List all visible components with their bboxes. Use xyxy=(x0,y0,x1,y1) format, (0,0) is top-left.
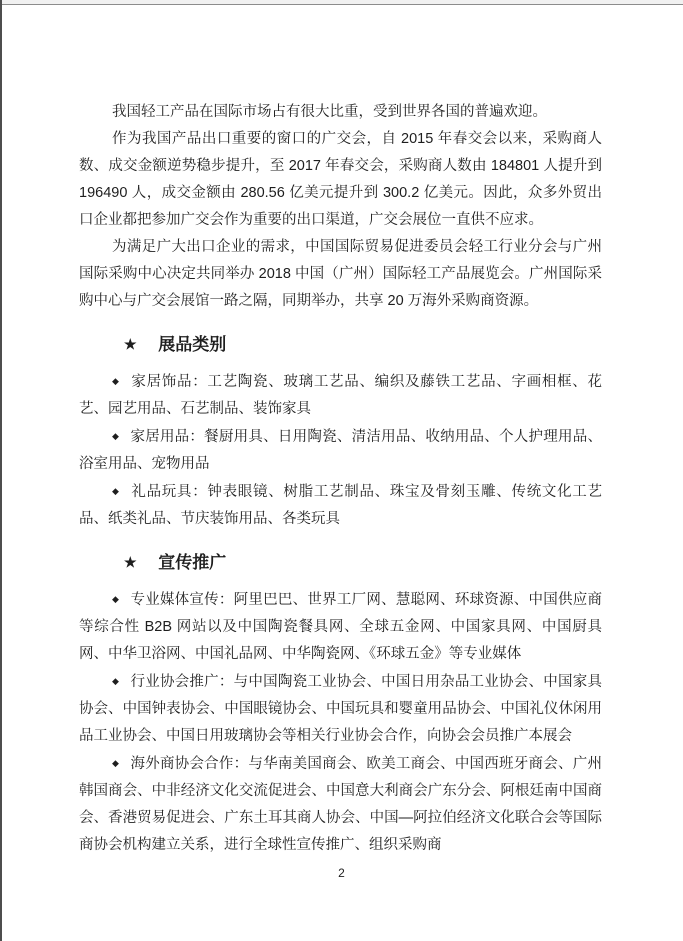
diamond-bullet-icon: ◆ xyxy=(112,758,119,768)
bullet-item-home-decorations-text: 家居饰品：工艺陶瓷、玻璃工艺品、编织及藤铁工艺品、字画相框、花艺、园艺用品、石艺… xyxy=(79,374,602,417)
bullet-item-household-goods-text: 家居用品：餐厨用具、日用陶瓷、清洁用品、收纳用品、个人护理用品、浴室用品、宠物用… xyxy=(79,429,602,472)
section-heading-promotion: ★ 宣传推广 xyxy=(79,550,602,576)
page-left-edge xyxy=(0,0,2,941)
bullet-item-industry-associations-text: 行业协会推广：与中国陶瓷工业协会、中国日用杂品工业协会、中国家具协会、中国钟表协… xyxy=(79,674,602,744)
section-heading-promotion-label: 宣传推广 xyxy=(158,553,226,572)
page-top-edge xyxy=(0,0,683,5)
diamond-bullet-icon: ◆ xyxy=(112,676,119,686)
diamond-bullet-icon: ◆ xyxy=(112,376,120,386)
diamond-bullet-icon: ◆ xyxy=(112,594,119,604)
bullet-item-overseas-chambers-text: 海外商协会合作：与华南美国商会、欧美工商会、中国西班牙商会、广州韩国商会、中非经… xyxy=(79,756,602,853)
bullet-item-overseas-chambers: ◆ 海外商协会合作：与华南美国商会、欧美工商会、中国西班牙商会、广州韩国商会、中… xyxy=(79,750,602,859)
bullet-item-media-promotion-text: 专业媒体宣传：阿里巴巴、世界工厂网、慧聪网、环球资源、中国供应商等综合性 B2B… xyxy=(79,592,602,662)
bullet-item-gifts-toys: ◆ 礼品玩具：钟表眼镜、树脂工艺制品、珠宝及骨刻玉雕、传统文化工艺品、纸类礼品、… xyxy=(79,478,602,533)
paragraph-exhibition-announcement: 为满足广大出口企业的需求，中国国际贸易促进委员会轻工行业分会与广州国际采购中心决… xyxy=(79,234,602,315)
paragraph-canton-fair-stats: 作为我国产品出口重要的窗口的广交会，自 2015 年春交会以来，采购商人数、成交… xyxy=(79,126,602,234)
section-heading-exhibit-categories: ★ 展品类别 xyxy=(79,332,602,358)
bullet-item-gifts-toys-text: 礼品玩具：钟表眼镜、树脂工艺制品、珠宝及骨刻玉雕、传统文化工艺品、纸类礼品、节庆… xyxy=(79,484,602,527)
bullet-item-media-promotion: ◆ 专业媒体宣传：阿里巴巴、世界工厂网、慧聪网、环球资源、中国供应商等综合性 B… xyxy=(79,586,602,668)
paragraph-intro: 我国轻工产品在国际市场占有很大比重，受到世界各国的普遍欢迎。 xyxy=(79,99,602,126)
bullet-item-home-decorations: ◆ 家居饰品：工艺陶瓷、玻璃工艺品、编织及藤铁工艺品、字画相框、花艺、园艺用品、… xyxy=(79,368,602,423)
star-bullet-icon: ★ xyxy=(124,332,137,357)
document-content: 我国轻工产品在国际市场占有很大比重，受到世界各国的普遍欢迎。 作为我国产品出口重… xyxy=(79,99,602,859)
diamond-bullet-icon: ◆ xyxy=(112,431,119,441)
page-number: 2 xyxy=(0,866,683,880)
document-page: 我国轻工产品在国际市场占有很大比重，受到世界各国的普遍欢迎。 作为我国产品出口重… xyxy=(0,0,683,941)
section-heading-exhibit-categories-label: 展品类别 xyxy=(158,335,226,354)
bullet-item-household-goods: ◆ 家居用品：餐厨用具、日用陶瓷、清洁用品、收纳用品、个人护理用品、浴室用品、宠… xyxy=(79,423,602,478)
bullet-item-industry-associations: ◆ 行业协会推广：与中国陶瓷工业协会、中国日用杂品工业协会、中国家具协会、中国钟… xyxy=(79,668,602,750)
diamond-bullet-icon: ◆ xyxy=(112,486,120,496)
star-bullet-icon: ★ xyxy=(124,550,137,575)
